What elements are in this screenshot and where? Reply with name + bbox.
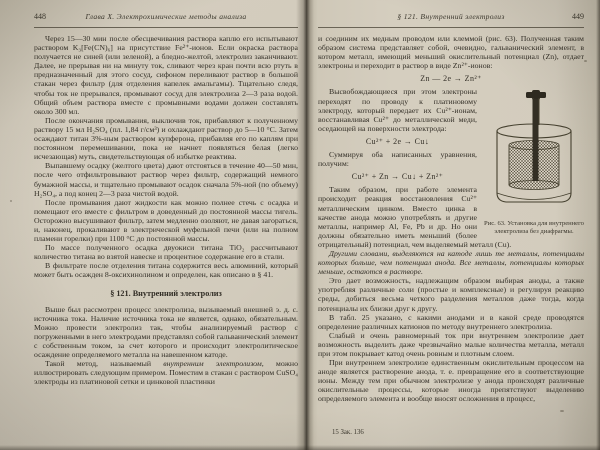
scan-speck xyxy=(584,60,587,62)
clamp-icon xyxy=(526,90,546,100)
scan-speck xyxy=(560,410,564,412)
paragraph: Это дает возможность, надлежащим образом… xyxy=(318,276,584,312)
left-head-rule xyxy=(34,27,298,28)
right-running-head-row: § 121. Внутренний электролиз 449 xyxy=(318,12,584,25)
figure-caption: Рис. 63. Установка для внутреннего элект… xyxy=(484,220,584,235)
right-page-number: 449 xyxy=(572,12,584,21)
printer-imprint: 15 Зак. 136 xyxy=(332,429,364,436)
left-page-number: 448 xyxy=(34,12,46,21)
paragraph: Слабый и очень равномерный ток при внутр… xyxy=(318,331,584,358)
right-page: § 121. Внутренний электролиз 449 и соеди… xyxy=(306,0,600,450)
right-running-header: § 121. Внутренний электролиз xyxy=(318,12,584,21)
rod-electrode xyxy=(533,99,539,181)
paragraph: В фильтрате после отделения титана содер… xyxy=(34,261,298,279)
book-spread: 448 Глава X. Электрохимические методы ан… xyxy=(0,0,600,450)
figure-63: Рис. 63. Установка для внутреннего элект… xyxy=(484,89,584,235)
right-head-rule xyxy=(318,27,584,28)
paragraph: В табл. 25 указано, с какими анодами и в… xyxy=(318,313,584,331)
paragraph-italic-rule: Другими словами, выделяются на катоде ли… xyxy=(318,249,584,276)
method-sentence-pre: Такой метод, называемый xyxy=(45,359,163,368)
paragraph: Выпавшему осадку (желтого цвета) дают от… xyxy=(34,161,298,197)
paragraph: Такой метод, называемый внутренним элект… xyxy=(34,359,298,386)
paragraph: После промывания дают жидкости как можно… xyxy=(34,198,298,243)
paragraph: и соединим их медным проводом или клеммо… xyxy=(318,34,584,70)
left-page: 448 Глава X. Электрохимические методы ан… xyxy=(0,0,306,450)
paragraph: По массе полученного осадка двуокиси тит… xyxy=(34,243,298,261)
paragraph: После окончания промывания, выключив ток… xyxy=(34,116,298,161)
paragraph: Через 15—30 мин после обесцвечивания рас… xyxy=(34,34,298,116)
scan-speck xyxy=(10,200,12,202)
paragraph: При внутреннем электролизе единственным … xyxy=(318,358,584,403)
page-edge-right xyxy=(596,0,600,450)
right-page-text: и соединим их медным проводом или клеммо… xyxy=(318,34,584,404)
left-page-text: Через 15—30 мин после обесцвечивания рас… xyxy=(34,34,298,386)
left-running-header: Глава X. Электрохимические методы анализ… xyxy=(34,12,298,21)
left-running-head-row: 448 Глава X. Электрохимические методы ан… xyxy=(34,12,298,25)
electrolysis-apparatus-figure xyxy=(486,89,582,217)
paragraph: Выше был рассмотрен процесс электролиза,… xyxy=(34,305,298,360)
method-sentence-term: внутренним электролизом xyxy=(163,359,261,368)
section-heading: § 121. Внутренний электролиз xyxy=(34,289,298,298)
page-edge-bottom xyxy=(0,445,600,450)
equation-zn-oxidation: Zn — 2e → Zn²⁺ xyxy=(318,74,584,83)
